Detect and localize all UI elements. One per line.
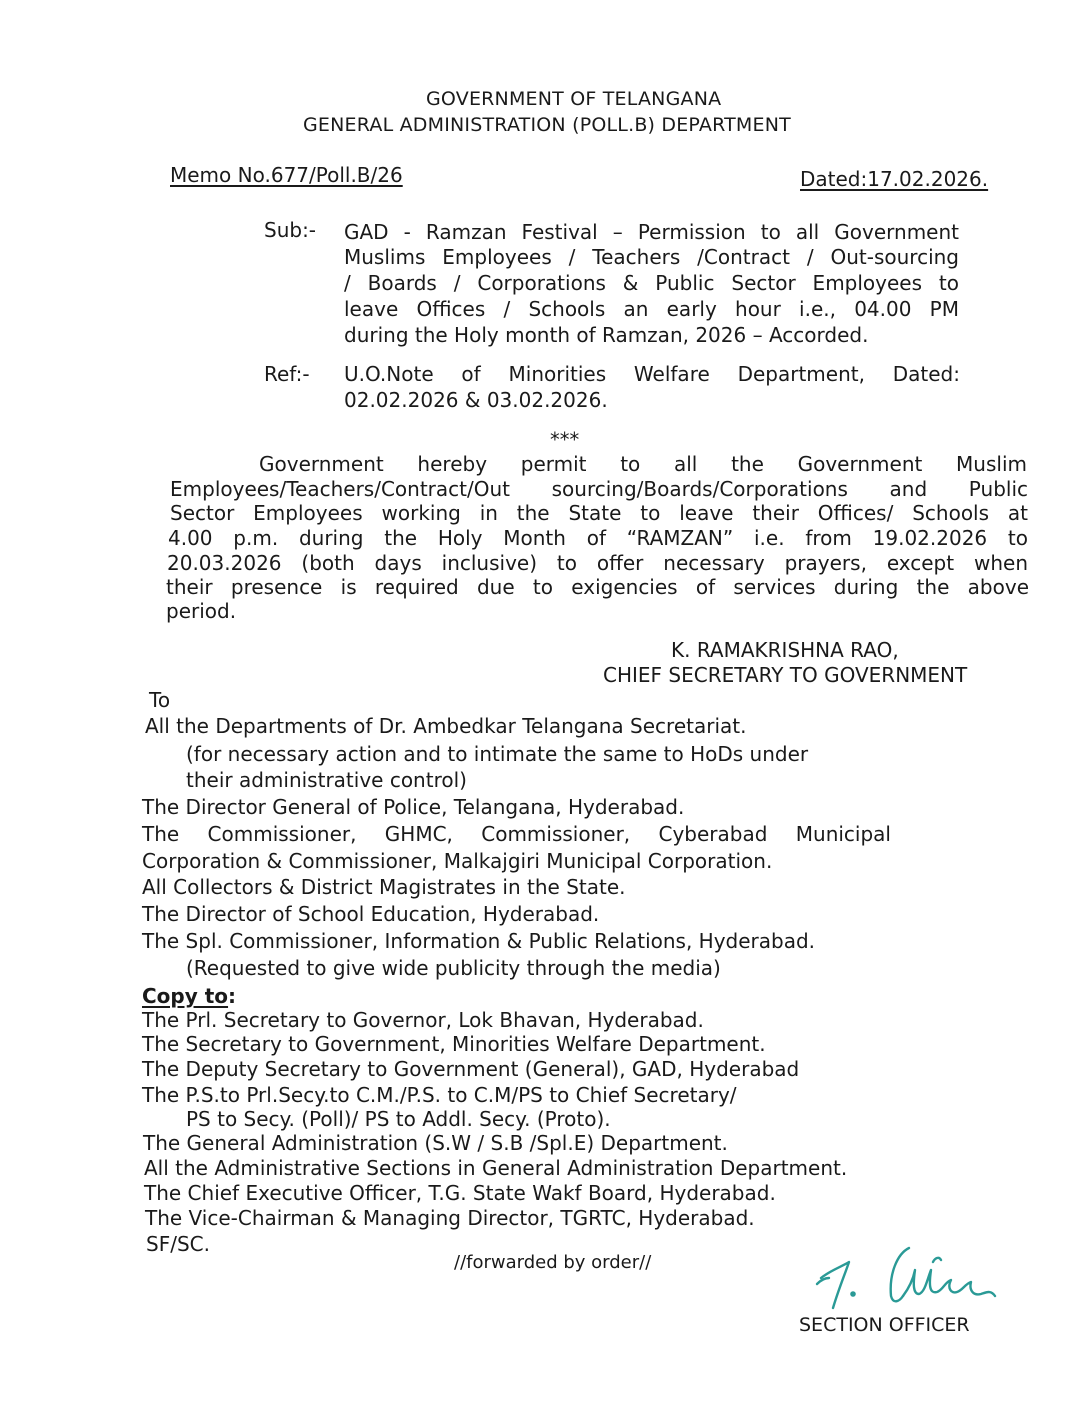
copy-to-label: Copy to: [142,984,236,1008]
copy-to-colon: : [228,984,236,1008]
header-government: GOVERNMENT OF TELANGANA [426,88,721,110]
memo-number: Memo No.677/Poll.B/26 [170,163,403,187]
signatory-name: K. RAMAKRISHNA RAO, [671,638,899,662]
to-item-note: (for necessary action and to intimate th… [186,742,808,766]
section-officer-label: SECTION OFFICER [799,1314,970,1336]
body-line: Employees/Teachers/Contract/Out sourcing… [170,477,1028,501]
header-department: GENERAL ADMINISTRATION (POLL.B) DEPARTME… [303,114,791,136]
reference-line: 02.02.2026 & 03.02.2026. [344,388,608,412]
copy-to-label-text: Copy to [142,984,228,1008]
to-item-note: (Requested to give wide publicity throug… [186,956,721,980]
subject-line: GAD - Ramzan Festival – Permission to al… [344,220,959,244]
body-line: period. [166,599,236,623]
copy-to-item: SF/SC. [146,1232,210,1256]
subject-line: Muslims Employees / Teachers /Contract /… [344,245,959,269]
copy-to-item: All the Administrative Sections in Gener… [144,1156,847,1180]
to-item: The Director General of Police, Telangan… [142,795,684,819]
copy-to-item: The General Administration (S.W / S.B /S… [143,1131,728,1155]
to-item-note: their administrative control) [186,768,467,792]
body-line: Sector Employees working in the State to… [170,501,1028,525]
copy-to-item: The Deputy Secretary to Government (Gene… [142,1057,799,1081]
to-item: All Collectors & District Magistrates in… [142,875,626,899]
to-item: The Commissioner, GHMC, Commissioner, Cy… [142,822,891,846]
reference-label: Ref:- [264,362,310,386]
body-line: 4.00 p.m. during the Holy Month of “RAMZ… [168,526,1028,550]
body-line: their presence is required due to exigen… [166,575,1029,599]
to-label: To [149,688,170,712]
subject-line: leave Offices / Schools an early hour i.… [344,297,959,321]
signature-icon [805,1240,1005,1320]
forwarded-by-order: //forwarded by order// [454,1252,651,1273]
subject-line: during the Holy month of Ramzan, 2026 – … [344,323,868,347]
copy-to-item: The P.S.to Prl.Secy.to C.M./P.S. to C.M/… [142,1083,737,1107]
to-item: All the Departments of Dr. Ambedkar Tela… [145,714,746,738]
subject-line: / Boards / Corporations & Public Sector … [344,271,959,295]
body-line: Government hereby permit to all the Gove… [259,452,1027,476]
body-line: 20.03.2026 (both days inclusive) to offe… [167,551,1028,575]
copy-to-item: The Secretary to Government, Minorities … [142,1032,766,1056]
copy-to-item: The Chief Executive Officer, T.G. State … [144,1181,776,1205]
reference-line: U.O.Note of Minorities Welfare Departmen… [344,362,960,386]
copy-to-item: The Vice-Chairman & Managing Director, T… [145,1206,755,1230]
separator-stars: *** [550,428,579,451]
signatory-title: CHIEF SECRETARY TO GOVERNMENT [603,663,967,687]
to-item: Corporation & Commissioner, Malkajgiri M… [142,849,772,873]
copy-to-item: The Prl. Secretary to Governor, Lok Bhav… [142,1008,704,1032]
subject-label: Sub:- [264,218,316,242]
to-item: The Director of School Education, Hydera… [142,902,599,926]
to-item: The Spl. Commissioner, Information & Pub… [142,929,815,953]
memo-date: Dated:17.02.2026. [800,167,988,191]
copy-to-item-cont: PS to Secy. (Poll)/ PS to Addl. Secy. (P… [186,1107,611,1131]
